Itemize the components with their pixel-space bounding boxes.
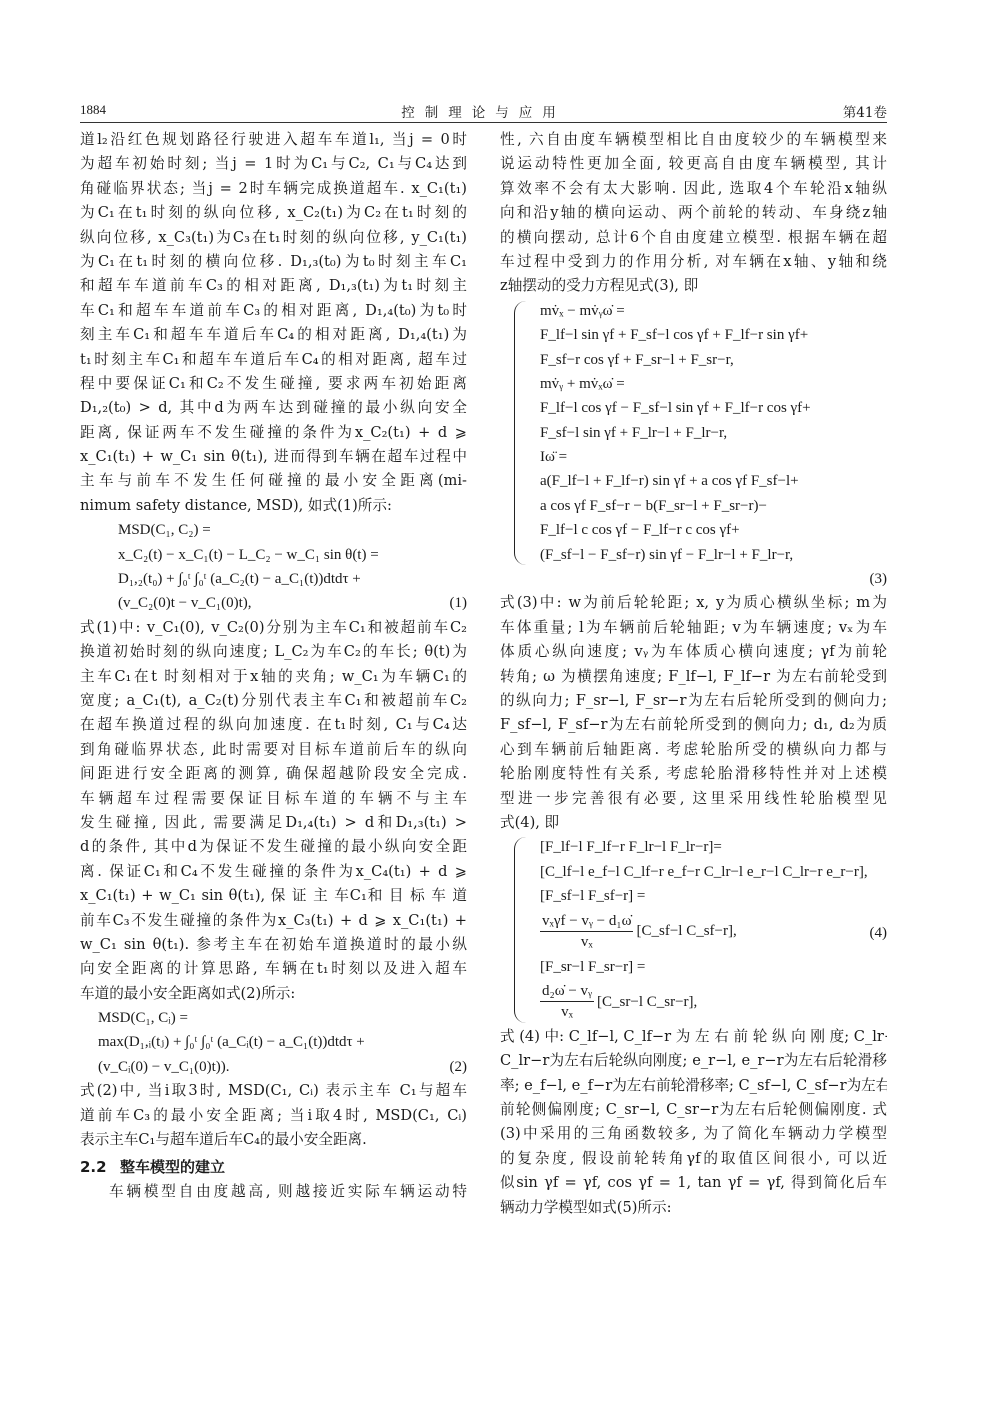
paragraph-eq2-explanation: 式(2)中, 当i取3时, MSD(C₁, Cᵢ) 表示主车 C₁与超车道前车C…: [80, 1079, 467, 1152]
denominator: vₓ: [561, 1002, 573, 1022]
text-line: 离. 保证C₁和C₄不发生碰撞的条件为x_C₄(t₁) + d ⩾: [80, 860, 467, 884]
text-line: F_sf−l, F_sf−r为左右前轮所受到的侧向力; d₁, d₂为质: [500, 713, 887, 737]
text-line: 前车C₃不发生碰撞的条件为x_C₃(t₁) + d ⩾ x_C₁(t₁) +: [80, 909, 467, 933]
text-line: 车体重量; l为车辆前后轮轴距; v为车辆速度; vₓ为车: [500, 616, 887, 640]
journal-title: 控制理论与应用: [80, 101, 887, 121]
section-number: 2.2: [80, 1154, 120, 1180]
text-line: 车C₁和超车车道前车C₃的相对距离, D₁,₄(t₀)为t₀时: [80, 299, 467, 323]
equation-line: [C_lf−l e_f−l C_lf−r e_f−r C_lr−l e_r−l …: [540, 860, 887, 884]
equation-line: x_C₂(t) − x_C₁(t) − L_C₂ − w_C₁ sin θ(t)…: [118, 543, 467, 567]
text-line: 轮胎刚度特性有关系, 考虑轮胎滑移特性并对上述模: [500, 762, 887, 786]
text-line: x_C₁(t₁) + w_C₁ sin θ(t₁), 保 证 主 车C₁和 目 …: [80, 884, 467, 908]
text-line: 似sin γf = γf, cos γf = 1, tan γf = γf, 得…: [500, 1171, 887, 1195]
section-title: 整车模型的建立: [120, 1158, 225, 1176]
text-line: (3)中采用的三角函数较多, 为了简化车辆动力学模型: [500, 1122, 887, 1146]
equation-line: a(F_lf−l + F_lf−r) sin γf + a cos γf F_s…: [540, 469, 887, 493]
text-line: 转角; ω 为横摆角速度; F_lf−l, F_lf−r 为左右前轮受到: [500, 665, 887, 689]
equation-line: MSD(C₁, Cᵢ) =: [98, 1006, 467, 1030]
equation-3: mv̇ₓ − mv̇ᵧω̇ =F_lf−l sin γf + F_sf−l co…: [500, 299, 887, 567]
equation-4: (4) [F_lf−l F_lf−r F_lr−l F_lr−r]=[C_lf−…: [500, 835, 887, 1025]
equation-line: F_sf−l sin γf + F_lr−l + F_lr−r,: [540, 421, 887, 445]
fraction-trailing: [C_sf−l C_sf−r],: [636, 919, 736, 943]
equation-line: [F_sf−l F_sf−r] =: [540, 884, 887, 908]
text-line: 距离, 保证两车不发生碰撞的条件为x_C₂(t₁) + d ⩾: [80, 421, 467, 445]
volume-label: 第41卷: [843, 101, 887, 121]
equation-line: F_lf−l cos γf − F_sf−l sin γf + F_lf−r c…: [540, 396, 887, 420]
equation-number: (2): [450, 1055, 468, 1079]
paragraph-overtaking-definitions: 道l₂沿红色规划路径行驶进入超车车道l₁, 当j = 0时为超车初始时刻; 当j…: [80, 128, 467, 518]
text-line: w_C₁ sin θ(t₁). 参考主车在初始车道换道时的最小纵: [80, 933, 467, 957]
equation-line: F_lf−l sin γf + F_sf−l cos γf + F_lf−r s…: [540, 323, 887, 347]
paragraph-eq3-explanation: 式(3)中: w为前后轮轮距; x, y为质心横纵坐标; m为车体重量; l为车…: [500, 591, 887, 835]
text-line: 发生碰撞, 因此, 需要满足D₁,₄(t₁) > d和D₁,₃(t₁) >: [80, 811, 467, 835]
text-line: 心到车辆前后轴距离. 考虑轮胎所受的横纵向力都与: [500, 738, 887, 762]
text-line: 式(1)中: v_C₁(0), v_C₂(0)分别为主车C₁和被超前车C₂: [80, 616, 467, 640]
text-line: C_lr−r为左右后轮纵向刚度; e_r−l, e_r−r为左右后轮滑移: [500, 1049, 887, 1073]
text-line: nimum safety distance, MSD), 如式(1)所示:: [80, 494, 467, 518]
text-line: 辆动力学模型如式(5)所示:: [500, 1196, 887, 1220]
running-header: 1884 控制理论与应用 第41卷: [80, 100, 887, 123]
equation-1: MSD(C₁, C₂) =x_C₂(t) − x_C₁(t) − L_C₂ − …: [80, 518, 467, 616]
text-line: 主车C₁在t 时刻相对于x轴的夹角; w_C₁为车辆C₁的: [80, 665, 467, 689]
text-line: t₁时刻主车C₁和超车车道后车C₄的相对距离, 超车过: [80, 348, 467, 372]
paragraph-vehicle-model-intro: 车辆模型自由度越高, 则越接近实际车辆运动特: [80, 1180, 467, 1204]
text-line: 道前车C₃的最小安全距离; 当i取4时, MSD(C₁, Cᵢ): [80, 1104, 467, 1128]
paragraph-eq4-explanation: 式 (4) 中: C_lf−l, C_lf−r 为 左 右 前 轮 纵 向 刚 …: [500, 1025, 887, 1220]
text-line: 为C₁在t₁时刻的纵向位移, x_C₂(t₁)为C₂在t₁时刻的: [80, 201, 467, 225]
text-line: 前轮侧偏刚度; C_sr−l, C_sr−r为左右后轮侧偏刚度. 式: [500, 1098, 887, 1122]
fraction: d₂ω̇ − vᵧvₓ: [540, 981, 594, 1022]
text-line: 型进一步完善很有必要, 这里采用线性轮胎模型见: [500, 787, 887, 811]
text-line: 向和沿y轴的横向运动、两个前轮的转动、车身绕z轴: [500, 201, 887, 225]
fraction-row: vₓγf − vᵧ − d₁ω̇vₓ[C_sf−l C_sf−r],: [540, 909, 887, 955]
text-line: 间距进行安全距离的测算, 确保超越阶段安全完成.: [80, 762, 467, 786]
text-line: x_C₁(t₁) + w_C₁ sin θ(t₁), 进而得到车辆在超车过程中: [80, 445, 467, 469]
text-line: 为C₁在t₁时刻的横向位移. D₁,₃(t₀)为t₀时刻主车C₁: [80, 250, 467, 274]
paragraph-six-dof-model: 性, 六自由度车辆模型相比自由度较少的车辆模型来说运动特性更加全面, 较更高自由…: [500, 128, 887, 299]
text-line: 的横向摆动, 总计6个自由度建立模型. 根据车辆在超: [500, 226, 887, 250]
equation-line: F_sf−r cos γf + F_sr−l + F_sr−r,: [540, 348, 887, 372]
text-line: 纵向位移, x_C₃(t₁)为C₃在t₁时刻的纵向位移, y_C₁(t₁): [80, 226, 467, 250]
text-line: 的复杂度, 假设前轮转角γf的取值区间很小, 可以近: [500, 1147, 887, 1171]
left-column: 道l₂沿红色规划路径行驶进入超车车道l₁, 当j = 0时为超车初始时刻; 当j…: [80, 128, 467, 1205]
text-line: 车过程中受到力的作用分析, 对车辆在x轴、y轴和绕: [500, 250, 887, 274]
equation-line: (v_Cᵢ(0) − v_C₁(0)t)).: [98, 1055, 467, 1079]
equation-2: MSD(C₁, Cᵢ) =max(D₁,ᵢ(tⱼ) + ∫₀ᵗ ∫₀ᵗ (a_C…: [80, 1006, 467, 1079]
text-line: 向安全距离的计算思路, 车辆在t₁时刻以及进入超车: [80, 957, 467, 981]
text-line: D₁,₂(t₀) > d, 其中d为两车达到碰撞的最小纵向安全: [80, 396, 467, 420]
text-line: 车辆模型自由度越高, 则越接近实际车辆运动特: [80, 1180, 467, 1204]
equation-3-number-row: (3): [500, 567, 887, 591]
text-line: 车道的最小安全距离如式(2)所示:: [80, 982, 467, 1006]
text-line: 道l₂沿红色规划路径行驶进入超车车道l₁, 当j = 0时: [80, 128, 467, 152]
text-line: 和超车车道前车C₃的相对距离, D₁,₃(t₁)为t₁时刻主: [80, 274, 467, 298]
left-brace: [514, 837, 529, 1023]
fraction-row: d₂ω̇ − vᵧvₓ[C_sr−l C_sr−r],: [540, 979, 887, 1025]
paragraph-eq1-explanation: 式(1)中: v_C₁(0), v_C₂(0)分别为主车C₁和被超前车C₂换道初…: [80, 616, 467, 1006]
text-line: 算效率不会有太大影响. 因此, 选取4个车轮沿x轴纵: [500, 177, 887, 201]
equation-line: Iω̈ =: [540, 445, 887, 469]
equation-line: (v_C₂(0)t − v_C₁(0)t),: [118, 591, 467, 615]
left-brace: [514, 301, 529, 565]
fraction: vₓγf − vᵧ − d₁ω̇vₓ: [540, 911, 633, 952]
equation-line: [F_lf−l F_lf−r F_lr−l F_lr−r]=: [540, 835, 887, 859]
equation-line: max(D₁,ᵢ(tⱼ) + ∫₀ᵗ ∫₀ᵗ (a_Cᵢ(t) − a_C₁(t…: [98, 1030, 467, 1054]
text-line: z轴摆动的受力方程见式(3), 即: [500, 274, 887, 298]
equation-number: (3): [870, 567, 888, 591]
numerator: d₂ω̇ − vᵧ: [540, 981, 594, 1002]
equation-line: F_lf−l c cos γf − F_lf−r c cos γf+: [540, 518, 887, 542]
text-line: d的条件, 其中d为保证不发生碰撞的最小纵向安全距: [80, 835, 467, 859]
text-line: 到角碰临界状态, 此时需要对目标车道前后车的纵向: [80, 738, 467, 762]
text-line: 主车与前车不发生任何碰撞的最小安全距离(mi-: [80, 469, 467, 493]
section-heading: 2.2整车模型的建立: [80, 1154, 467, 1180]
right-column: 性, 六自由度车辆模型相比自由度较少的车辆模型来说运动特性更加全面, 较更高自由…: [500, 128, 887, 1220]
equation-line: mv̇ᵧ + mv̇ₓω̇ =: [540, 372, 887, 396]
text-line: 刻主车C₁和超车车道后车C₄的相对距离, D₁,₄(t₁)为: [80, 323, 467, 347]
fraction-trailing: [C_sr−l C_sr−r],: [597, 990, 697, 1014]
text-line: 率; e_f−l, e_f−r为左右前轮滑移率; C_sf−l, C_sf−r为…: [500, 1074, 887, 1098]
equation-number: (1): [450, 591, 468, 615]
equation-number: (4): [870, 921, 888, 945]
equation-line: a cos γf F_sf−r − b(F_sr−l + F_sr−r)−: [540, 494, 887, 518]
text-line: 式(4), 即: [500, 811, 887, 835]
equation-line: mv̇ₓ − mv̇ᵧω̇ =: [540, 299, 887, 323]
equation-line: [F_sr−l F_sr−r] =: [540, 955, 887, 979]
text-line: 宽度; a_C₁(t), a_C₂(t)分别代表主车C₁和被超前车C₂: [80, 689, 467, 713]
text-line: 角碰临界状态; 当j = 2时车辆完成换道超车. x_C₁(t₁): [80, 177, 467, 201]
text-line: 体质心纵向速度; vᵧ为车体质心横向速度; γf为前轮: [500, 640, 887, 664]
text-line: 性, 六自由度车辆模型相比自由度较少的车辆模型来: [500, 128, 887, 152]
text-line: 换道初始时刻的纵向速度; L_C₂为车C₂的车长; θ(t)为: [80, 640, 467, 664]
equation-line: D₁,₂(t₀) + ∫₀ᵗ ∫₀ᵗ (a_C₂(t) − a_C₁(t))dt…: [118, 567, 467, 591]
text-line: 的纵向力; F_sr−l, F_sr−r为左右后轮所受到的侧向力;: [500, 689, 887, 713]
text-line: 式(2)中, 当i取3时, MSD(C₁, Cᵢ) 表示主车 C₁与超车: [80, 1079, 467, 1103]
text-line: 表示主车C₁与超车道后车C₄的最小安全距离.: [80, 1128, 467, 1152]
text-line: 说运动特性更加全面, 较更高自由度车辆模型, 其计: [500, 152, 887, 176]
text-line: 式 (4) 中: C_lf−l, C_lf−r 为 左 右 前 轮 纵 向 刚 …: [500, 1025, 887, 1049]
numerator: vₓγf − vᵧ − d₁ω̇: [540, 911, 633, 932]
text-line: 在超车换道过程的纵向加速度. 在t₁时刻, C₁与C₄达: [80, 713, 467, 737]
text-line: 式(3)中: w为前后轮轮距; x, y为质心横纵坐标; m为: [500, 591, 887, 615]
equation-line: MSD(C₁, C₂) =: [118, 518, 467, 542]
text-line: 程中要保证C₁和C₂不发生碰撞, 要求两车初始距离: [80, 372, 467, 396]
text-line: 车辆超车过程需要保证目标车道的车辆不与主车: [80, 787, 467, 811]
denominator: vₓ: [581, 932, 593, 952]
equation-line: (F_sf−l − F_sf−r) sin γf − F_lr−l + F_lr…: [540, 543, 887, 567]
text-line: 为超车初始时刻; 当j = 1时为C₁与C₂, C₁与C₄达到: [80, 152, 467, 176]
